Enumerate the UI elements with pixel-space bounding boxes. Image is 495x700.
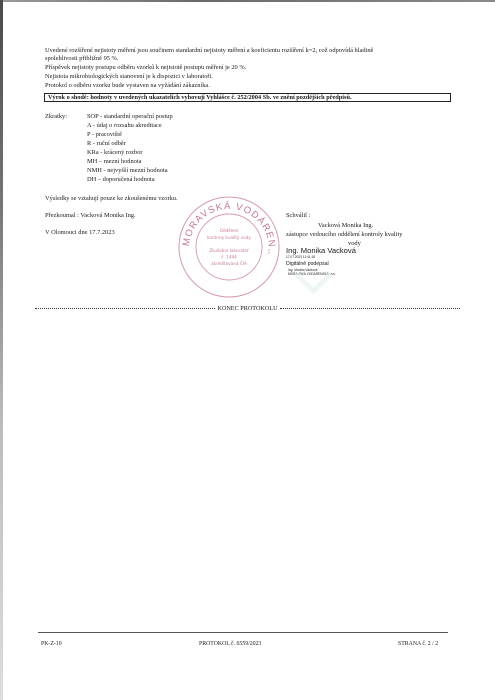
sampling-protocol-note: Protokol o odběru vzorku bude vystaven n… [45,82,210,90]
stamp-line5: akreditovaná ČIA [211,261,247,266]
laboratory-stamp: MORAVSKÁ VODÁRENSKÁ a.s. Oddělení kontro… [177,195,281,299]
footer-form-code: PK-Z-10 [41,641,62,648]
footer-protocol-number: PROTOKOL č. 6559/2023 [199,641,261,648]
dashed-rule-left [35,308,215,309]
svg-text:MORAVSKÁ VODÁRENSKÁ: MORAVSKÁ VODÁRENSKÁ [177,195,277,249]
conformity-verdict-box: Výrok o shodě: hodnoty v uvedených ukaza… [44,93,451,102]
stamp-line2: kontroly kvality vody [207,235,251,240]
stamp-ring-suffix: a.s. [267,249,271,255]
stamp-line3: Zkušební laboratoř [209,248,249,253]
end-of-protocol-label: KONEC PROTOKOLU [215,305,279,312]
sampling-contribution-note: Příspěvek nejistoty postupu odběru vzork… [45,64,246,72]
dashed-rule-right [280,308,460,309]
abbreviation-item: KRa - krácený rozbor [87,149,143,157]
place-and-date: V Olomouci dne 17.7.2023 [45,229,115,237]
stamp-circle-icon: MORAVSKÁ VODÁRENSKÁ a.s. Oddělení kontro… [177,195,281,299]
end-of-protocol-marker: KONEC PROTOKOLU [35,304,460,312]
footer-page-number: STRANA č. 2 / 2 [398,641,438,648]
microbiology-note: Nejistota mikrobiologických stanovení je… [45,73,213,81]
stamp-ring-text: MORAVSKÁ VODÁRENSKÁ [177,195,277,249]
abbreviation-item: SOP - standardní operační postup [87,113,173,121]
abbreviation-item: P - pracoviště [87,131,122,139]
scan-edge-left [0,0,3,700]
footer-divider [38,632,448,633]
approver-name: Vacková Monika Ing. [318,222,373,230]
abbreviations-label: Zkratky: [45,113,67,121]
abbreviation-item: R - ruční odběr [87,140,126,148]
approver-role: zástupce vedoucího oddělení kontroly kva… [286,231,402,239]
uncertainty-paragraph-line2: spolehlivosti přibližně 95 %. [45,55,118,63]
uncertainty-paragraph-line1: Uvedené rozšířené nejistoty měření jsou … [45,47,373,55]
scan-edge-top [0,0,495,2]
abbreviation-item: NMH - nejvyšší mezní hodnota [87,167,168,175]
abbreviation-item: DH – doporučená hodnota [87,176,155,184]
results-note: Výsledky se vztahují pouze ke zkoušenému… [45,195,178,203]
abbreviation-item: A - údaj o rozsahu akreditace [87,122,162,130]
approved-by-label: Schválil : [286,212,310,220]
digital-signature-name: Ing. Monika Vacková [286,247,356,255]
stamp-line4: č. 1444 [221,255,237,260]
abbreviation-item: MH – mezní hodnota [87,158,142,166]
stamp-line1: Oddělení [220,228,240,233]
reviewed-by: Přezkoumal : Vacková Monika Ing. [45,212,136,220]
